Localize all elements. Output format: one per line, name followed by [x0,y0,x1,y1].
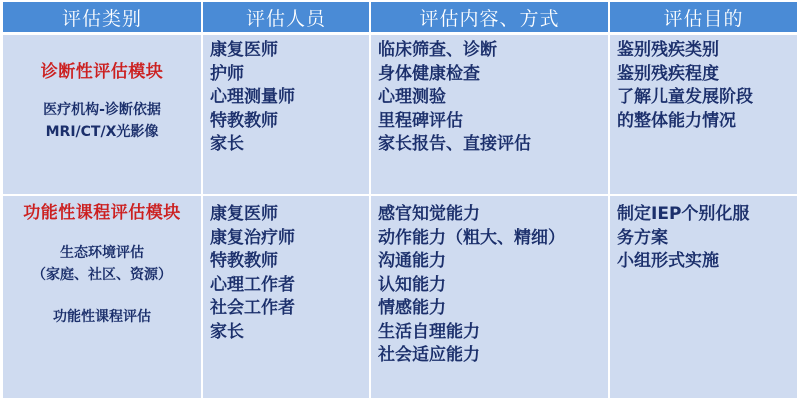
personnel-item: 康复医师 [210,39,369,63]
row2-category-subtitle-b: 功能性课程评估 [3,306,201,328]
row1-category-subtitle: 医疗机构-诊断依据 MRI/CT/X光影像 [3,99,201,143]
content-item: 临床筛查、诊断 [378,39,608,63]
content-item: 社会适应能力 [378,344,608,368]
personnel-item: 社会工作者 [210,297,369,321]
row2-content-cell: 感官知觉能力 动作能力（粗大、精细） 沟通能力 认知能力 情感能力 生活自理能力… [371,196,610,398]
header-personnel: 评估人员 [203,2,371,35]
content-item: 家长报告、直接评估 [378,133,608,157]
row2-purpose-cell: 制定IEP个别化服 务方案 小组形式实施 [610,196,797,398]
personnel-item: 护师 [210,63,369,87]
row1-category-sub-line: MRI/CT/X光影像 [3,121,201,143]
row2-category-sub-line: 生态环境评估 [3,242,201,264]
purpose-item: 了解儿童发展阶段 [617,86,797,110]
personnel-item: 家长 [210,133,369,157]
header-category: 评估类别 [3,2,203,35]
content-item: 身体健康检查 [378,63,608,87]
purpose-item: 鉴别残疾程度 [617,63,797,87]
content-item: 情感能力 [378,297,608,321]
content-item: 生活自理能力 [378,321,608,345]
content-item: 心理测验 [378,86,608,110]
row1-category-cell: 诊断性评估模块 医疗机构-诊断依据 MRI/CT/X光影像 [3,35,203,196]
purpose-item: 小组形式实施 [617,250,797,274]
personnel-item: 心理测量师 [210,86,369,110]
personnel-item: 特教教师 [210,250,369,274]
personnel-item: 家长 [210,321,369,345]
row1-category-title: 诊断性评估模块 [3,61,201,85]
row1-purpose-cell: 鉴别残疾类别 鉴别残疾程度 了解儿童发展阶段 的整体能力情况 [610,35,797,196]
row1-category-sub-line: 医疗机构-诊断依据 [3,99,201,121]
row2-category-sub-line: 功能性课程评估 [3,306,201,328]
header-purpose: 评估目的 [610,2,797,35]
purpose-item: 务方案 [617,227,797,251]
personnel-item: 心理工作者 [210,274,369,298]
content-item: 动作能力（粗大、精细） [378,227,608,251]
personnel-item: 特教教师 [210,110,369,134]
assessment-table: 评估类别 评估人员 评估内容、方式 评估目的 诊断性评估模块 医疗机构-诊断依据… [3,2,797,398]
row2-category-subtitle-a: 生态环境评估 （家庭、社区、资源） [3,242,201,286]
row2-category-title: 功能性课程评估模块 [3,202,201,226]
content-item: 里程碑评估 [378,110,608,134]
row1-personnel-cell: 康复医师 护师 心理测量师 特教教师 家长 [203,35,371,196]
row2-category-cell: 功能性课程评估模块 生态环境评估 （家庭、社区、资源） 功能性课程评估 [3,196,203,398]
content-item: 认知能力 [378,274,608,298]
content-item: 沟通能力 [378,250,608,274]
row2-category-sub-line: （家庭、社区、资源） [3,264,201,286]
row2-personnel-cell: 康复医师 康复治疗师 特教教师 心理工作者 社会工作者 家长 [203,196,371,398]
personnel-item: 康复治疗师 [210,227,369,251]
purpose-item: 制定IEP个别化服 [617,203,797,227]
header-content: 评估内容、方式 [371,2,610,35]
content-item: 感官知觉能力 [378,203,608,227]
purpose-item: 鉴别残疾类别 [617,39,797,63]
personnel-item: 康复医师 [210,203,369,227]
row1-content-cell: 临床筛查、诊断 身体健康检查 心理测验 里程碑评估 家长报告、直接评估 [371,35,610,196]
purpose-item: 的整体能力情况 [617,110,797,134]
